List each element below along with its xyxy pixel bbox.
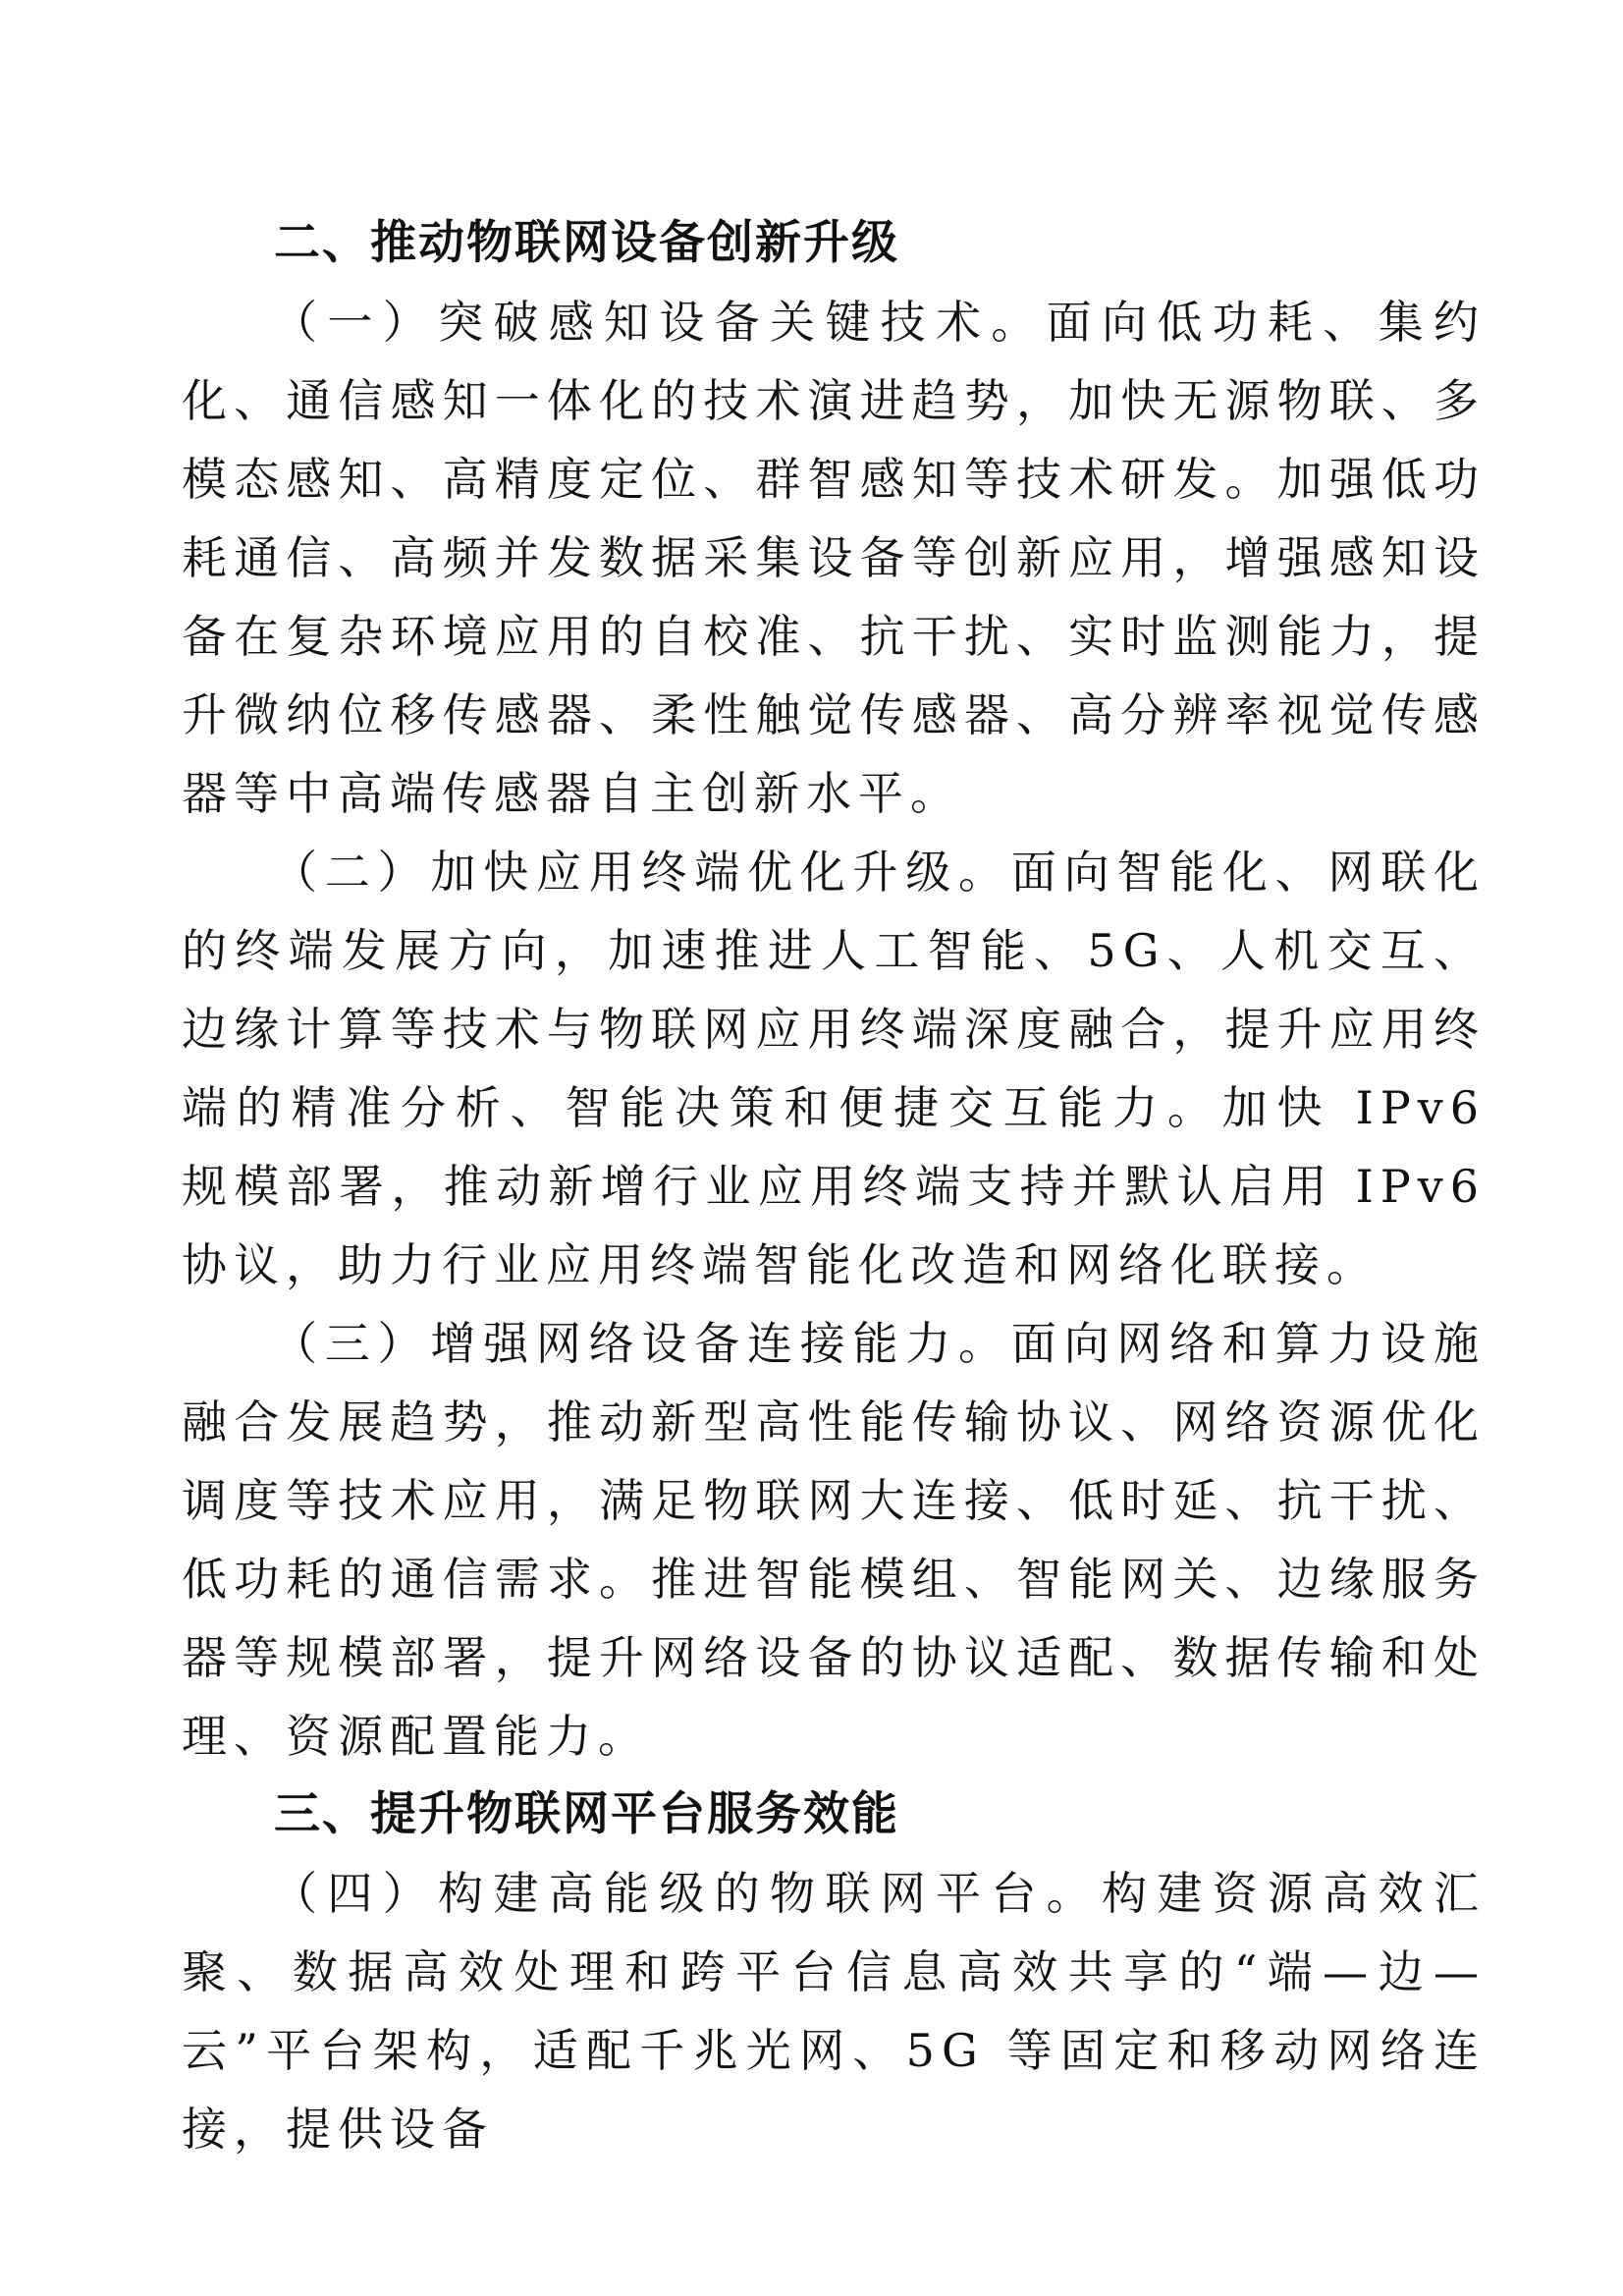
section-heading-3: 三、提升物联网平台服务效能 [182, 1776, 1486, 1854]
paragraph-item-4: （四）构建高能级的物联网平台。构建资源高效汇聚、数据高效处理和跨平台信息高效共享… [182, 1854, 1486, 2168]
section-heading-2: 二、推动物联网设备创新升级 [182, 204, 1486, 283]
paragraph-item-2: （二）加快应用终端优化升级。面向智能化、网联化的终端发展方向，加速推进人工智能、… [182, 833, 1486, 1304]
paragraph-item-1: （一）突破感知设备关键技术。面向低功耗、集约化、通信感知一体化的技术演进趋势，加… [182, 283, 1486, 833]
paragraph-item-3: （三）增强网络设备连接能力。面向网络和算力设施融合发展趋势，推动新型高性能传输协… [182, 1304, 1486, 1776]
document-page: 二、推动物联网设备创新升级 （一）突破感知设备关键技术。面向低功耗、集约化、通信… [0, 0, 1623, 2296]
